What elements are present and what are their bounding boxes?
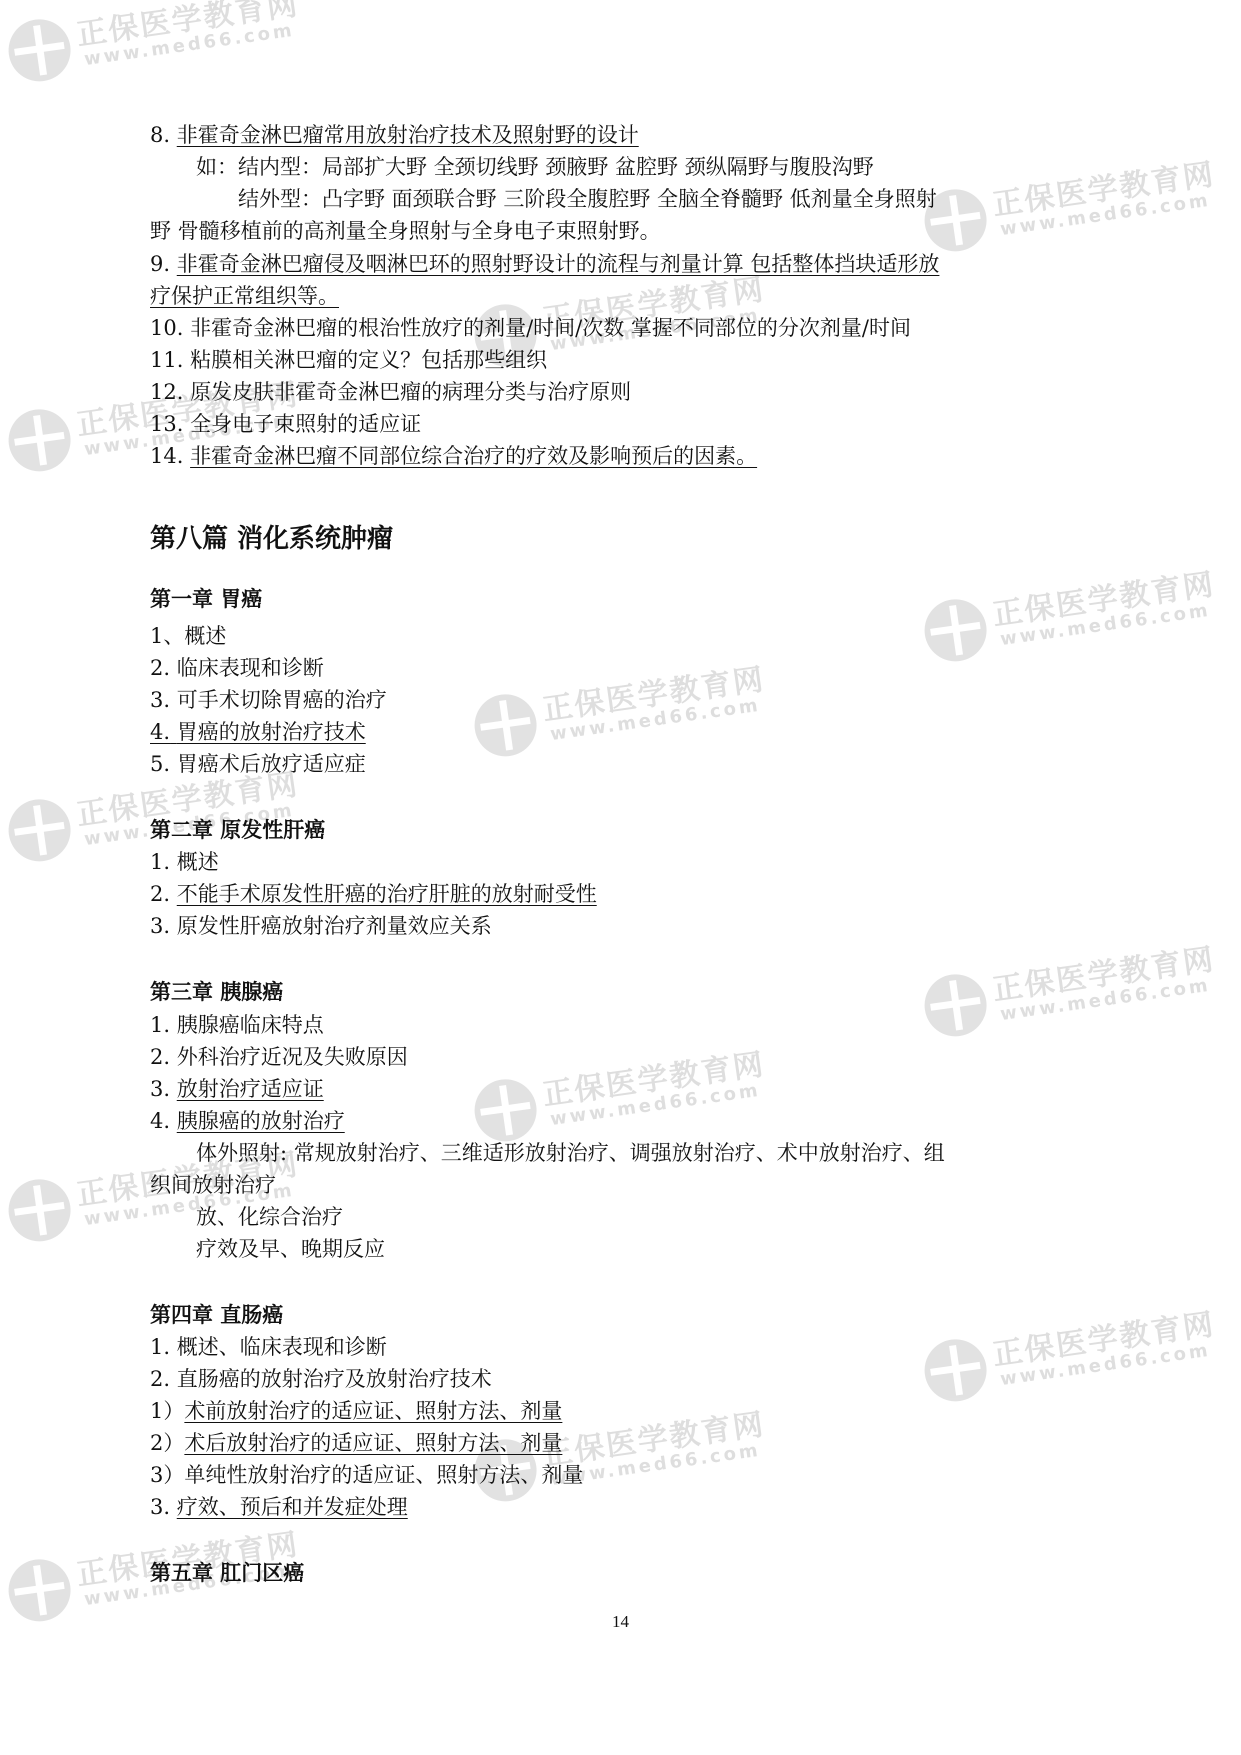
list-item: 11. 粘膜相关淋巴瘤的定义？包括那些组织: [150, 345, 547, 375]
med66-logo-icon: [5, 405, 75, 475]
part-title: 第八篇 消化系统肿瘤: [150, 522, 393, 556]
list-item: 8. 非霍奇金淋巴瘤常用放射治疗技术及照射野的设计: [150, 120, 639, 150]
med66-logo-icon: [5, 1175, 75, 1245]
list-item-detail: 疗效及早、晚期反应: [196, 1234, 385, 1264]
list-item: 3）单纯性放射治疗的适应证、照射方法、剂量: [150, 1460, 583, 1490]
list-item: 1、概述: [150, 621, 226, 651]
med66-logo-icon: [471, 1075, 541, 1145]
list-item: 2. 外科治疗近况及失败原因: [150, 1042, 408, 1072]
med66-logo-icon: [921, 595, 991, 665]
list-item-detail: 野 骨髓移植前的高剂量全身照射与全身电子束照射野。: [150, 216, 661, 246]
list-item: 10. 非霍奇金淋巴瘤的根治性放疗的剂量/时间/次数 掌握不同部位的分次剂量/时…: [150, 313, 911, 343]
list-item: 1）术前放射治疗的适应证、照射方法、剂量: [150, 1396, 562, 1426]
chapter-title: 第二章 原发性肝癌: [150, 815, 325, 845]
list-item: 9. 非霍奇金淋巴瘤侵及咽淋巴环的照射野设计的流程与剂量计算 包括整体挡块适形放: [150, 249, 939, 279]
list-item: 3. 可手术切除胃癌的治疗: [150, 685, 387, 715]
list-item: 5. 胃癌术后放疗适应症: [150, 749, 366, 779]
list-item: 1. 胰腺癌临床特点: [150, 1010, 324, 1040]
list-item: 13. 全身电子束照射的适应证: [150, 409, 421, 439]
list-item: 2. 不能手术原发性肝癌的治疗肝脏的放射耐受性: [150, 879, 597, 909]
med66-logo-icon: [921, 1335, 991, 1405]
chapter-title: 第五章 肛门区癌: [150, 1558, 304, 1588]
med66-logo-icon: [471, 690, 541, 760]
list-item: 2）术后放射治疗的适应证、照射方法、剂量: [150, 1428, 562, 1458]
list-item: 14. 非霍奇金淋巴瘤不同部位综合治疗的疗效及影响预后的因素。: [150, 441, 757, 471]
med66-logo-icon: [5, 795, 75, 865]
list-item: 4. 胃癌的放射治疗技术: [150, 717, 366, 747]
list-item-detail: 如：结内型：局部扩大野 全颈切线野 颈腋野 盆腔野 颈纵隔野与腹股沟野: [196, 152, 874, 182]
list-item: 4. 胰腺癌的放射治疗: [150, 1106, 345, 1136]
list-item: 2. 直肠癌的放射治疗及放射治疗技术: [150, 1364, 492, 1394]
list-item-continuation: 疗保护正常组织等。: [150, 281, 339, 311]
list-item-detail: 体外照射: 常规放射治疗、三维适形放射治疗、调强放射治疗、术中放射治疗、组: [196, 1138, 945, 1168]
chapter-title: 第三章 胰腺癌: [150, 977, 283, 1007]
document-page: 正保医学教育网 www.med66.com 正保医学教育网 www.med66.…: [0, 0, 1241, 1755]
list-item-detail: 结外型：凸字野 面颈联合野 三阶段全腹腔野 全脑全脊髓野 低剂量全身照射: [238, 184, 937, 214]
list-item: 1. 概述、临床表现和诊断: [150, 1332, 387, 1362]
list-item: 1. 概述: [150, 847, 219, 877]
chapter-title: 第四章 直肠癌: [150, 1300, 283, 1330]
list-item: 3. 放射治疗适应证: [150, 1074, 324, 1104]
list-item-detail: 织间放射治疗: [150, 1170, 276, 1200]
list-item: 12. 原发皮肤非霍奇金淋巴瘤的病理分类与治疗原则: [150, 377, 631, 407]
list-item-detail: 放、化综合治疗: [196, 1202, 343, 1232]
chapter-title: 第一章 胃癌: [150, 584, 262, 614]
list-item: 3. 疗效、预后和并发症处理: [150, 1492, 408, 1522]
med66-logo-icon: [921, 970, 991, 1040]
page-number: 14: [0, 1612, 1241, 1632]
med66-logo-icon: [5, 15, 75, 85]
list-item: 2. 临床表现和诊断: [150, 653, 324, 683]
list-item: 3. 原发性肝癌放射治疗剂量效应关系: [150, 911, 492, 941]
